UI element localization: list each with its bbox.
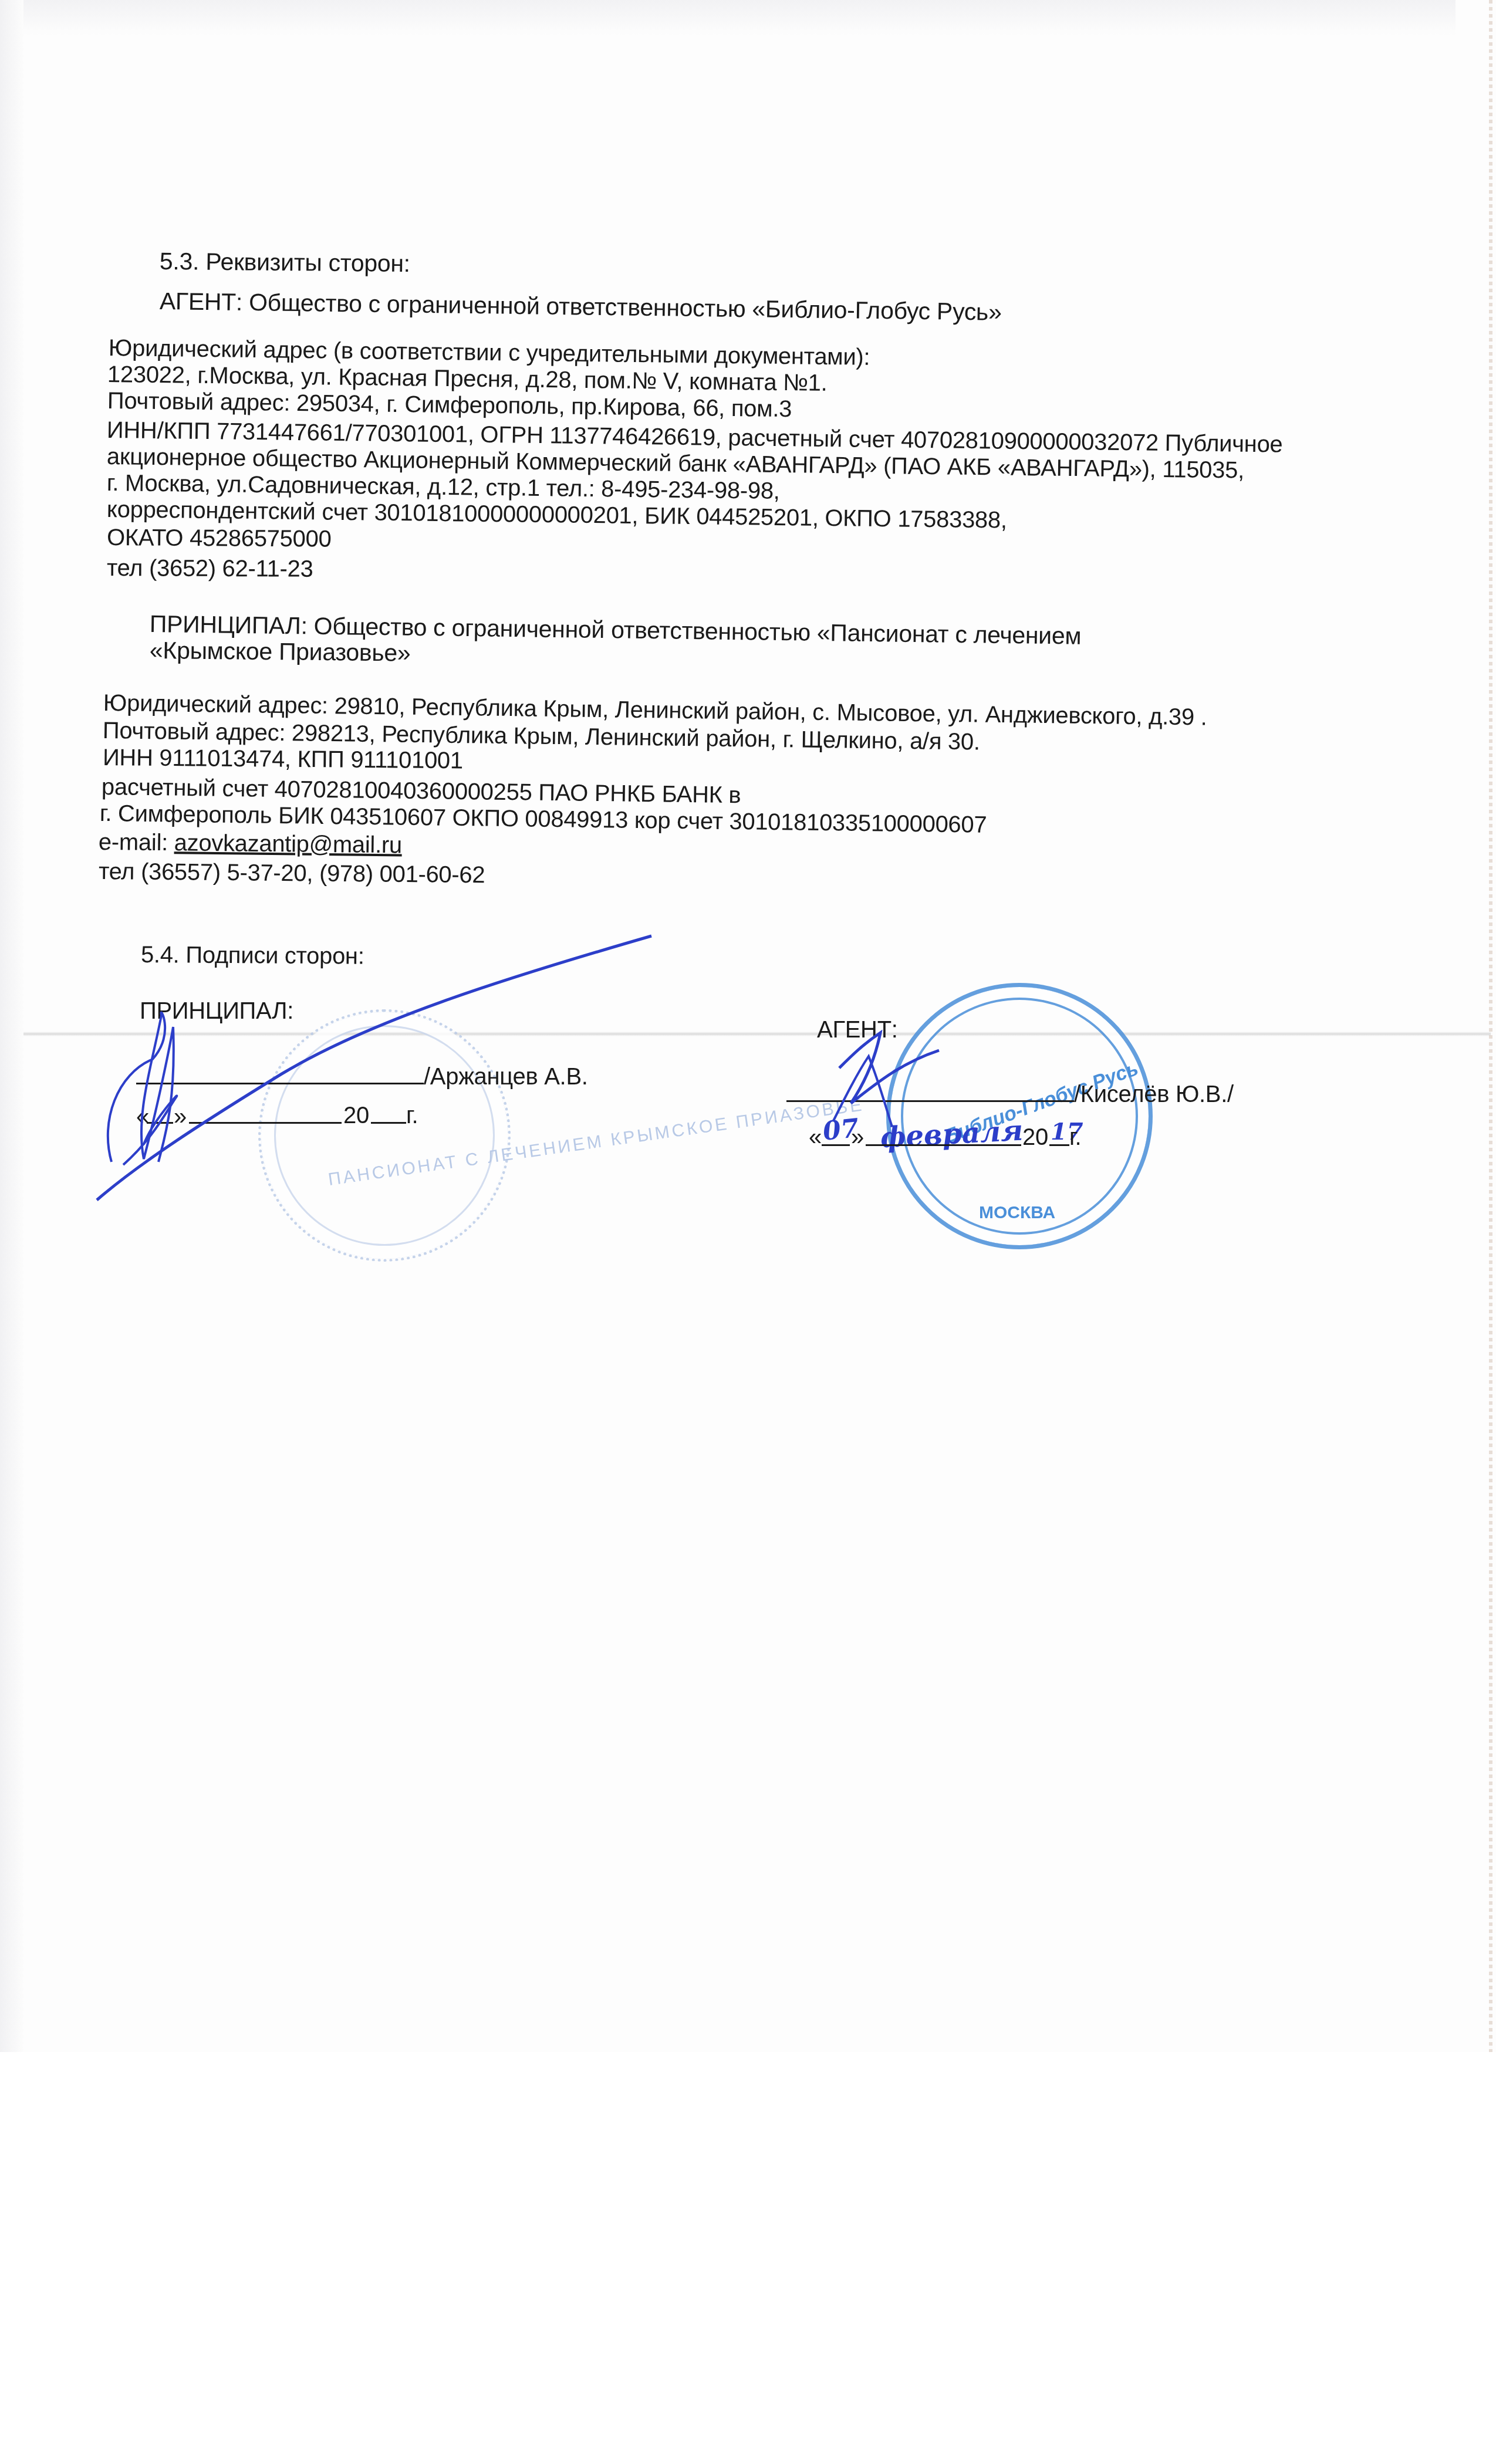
agent-title: АГЕНТ: Общество с ограниченной ответстве… [160, 288, 1002, 326]
agent-signer-name: /Киселёв Ю.В./ [1074, 1081, 1234, 1108]
scanned-page: 5.3. Реквизиты сторон: АГЕНТ: Общество с… [0, 0, 1496, 2052]
agent-date-year-line [1049, 1144, 1069, 1146]
agent-handwritten-signature [763, 968, 998, 1144]
scan-shadow-top [23, 0, 1456, 35]
agent-phone: тел (3652) 62-11-23 [107, 555, 313, 583]
agent-date-month-line [866, 1144, 1021, 1146]
agent-okato: ОКАТО 45286575000 [107, 524, 332, 553]
principal-inn-kpp: ИНН 9111013474, КПП 911101001 [103, 744, 463, 774]
principal-handwritten-signature [88, 927, 734, 1221]
agent-date-suffix: г. [1069, 1124, 1081, 1151]
section-heading-requisites: 5.3. Реквизиты сторон: [160, 248, 410, 277]
agent-date-year-prefix: 20 [1022, 1124, 1048, 1151]
principal-phone: тел (36557) 5-37-20, (978) 001-60-62 [99, 858, 485, 888]
principal-email-link[interactable]: azovkazantip@mail.ru [174, 830, 402, 858]
blank-area-below-scan [0, 2052, 1496, 2464]
principal-title-line2: «Крымское Приазовье» [150, 637, 411, 667]
agent-stamp-bottom-text: МОСКВА [979, 1203, 1055, 1223]
scan-edge-right [1489, 0, 1492, 2052]
agent-date-day-line [822, 1144, 850, 1146]
scan-edge-left [0, 0, 23, 2052]
principal-email-row: e-mail: azovkazantip@mail.ru [99, 829, 402, 858]
principal-email-label: e-mail: [99, 829, 174, 856]
